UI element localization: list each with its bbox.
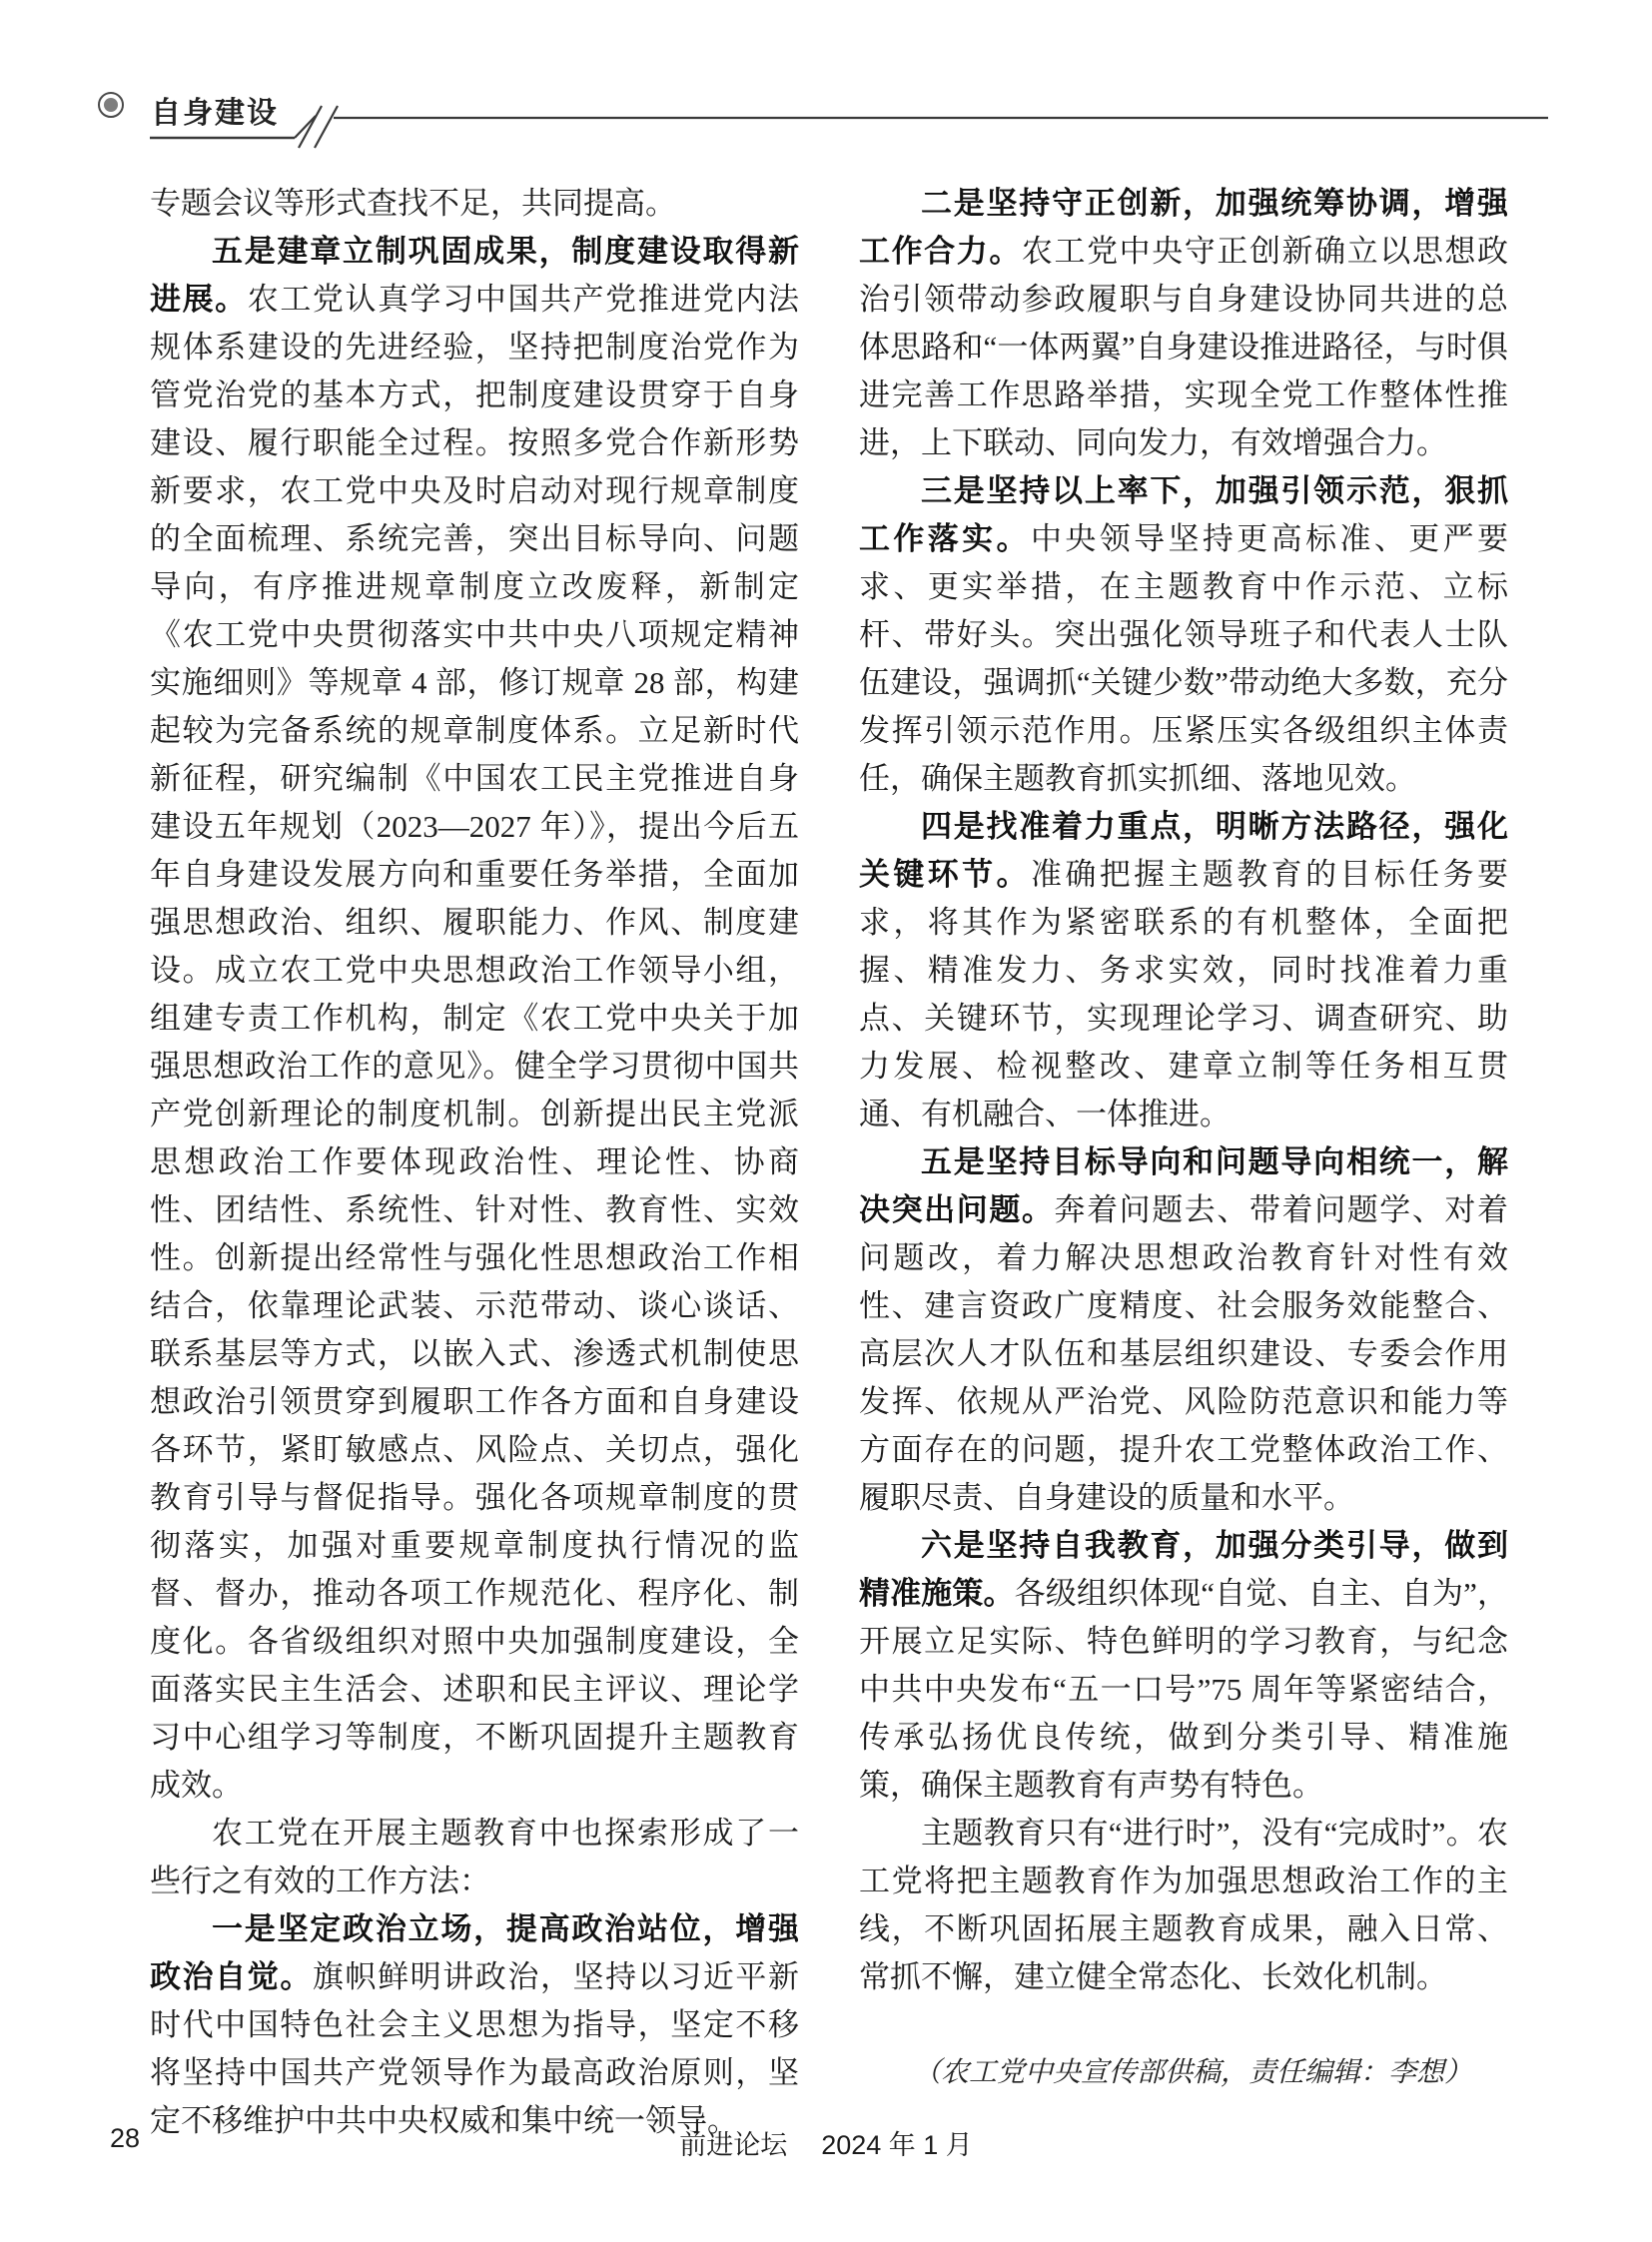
magazine-page: 自身建设 专题会议等形式查找不足，共同提高。五是建章立制巩固成果，制度建设取得新… — [0, 0, 1652, 2242]
paragraph-text: 中央领导坚持更高标准、更严要求、更实举措，在主题教育中作示范、立标杆、带好头。突… — [859, 521, 1508, 796]
paragraph-text: 农工党认真学习中国共产党推进党内法规体系建设的先进经验，坚持把制度治党作为管党治… — [150, 282, 799, 1803]
paragraph: 五是坚持目标导向和问题导向相统一，解决突出问题。奔着问题去、带着问题学、对着问题… — [859, 1138, 1508, 1522]
header-rule — [0, 0, 1652, 170]
paragraph: 五是建章立制巩固成果，制度建设取得新进展。农工党认真学习中国共产党推进党内法规体… — [150, 228, 799, 1810]
section-title: 自身建设 — [151, 88, 279, 132]
paragraph-text: 准确把握主题教育的目标任务要求，将其作为紧密联系的有机整体，全面把握、精准发力、… — [859, 857, 1508, 1131]
journal-footer: 前进论坛2024 年 1 月 — [0, 2123, 1652, 2162]
paragraph-text: 主题教育只有“进行时”，没有“完成时”。农工党将把主题教育作为加强思想政治工作的… — [859, 1816, 1508, 1994]
paragraph: 主题教育只有“进行时”，没有“完成时”。农工党将把主题教育作为加强思想政治工作的… — [859, 1810, 1508, 2001]
paragraph: 农工党在开展主题教育中也探索形成了一些行之有效的工作方法： — [150, 1810, 799, 1905]
issue-date: 2024 年 1 月 — [821, 2130, 973, 2160]
journal-name: 前进论坛 — [679, 2130, 787, 2160]
paragraph: 专题会议等形式查找不足，共同提高。 — [150, 180, 799, 228]
paragraph-text: 专题会议等形式查找不足，共同提高。 — [150, 186, 676, 221]
paragraph-text: 农工党在开展主题教育中也探索形成了一些行之有效的工作方法： — [150, 1816, 799, 1898]
right-column: 二是坚持守正创新，加强统筹协调，增强工作合力。农工党中央守正创新确立以思想政治引… — [859, 180, 1508, 2097]
bullet-dot — [104, 98, 118, 112]
paragraph: 二是坚持守正创新，加强统筹协调，增强工作合力。农工党中央守正创新确立以思想政治引… — [859, 180, 1508, 467]
paragraph: 四是找准着力重点，明晰方法路径，强化关键环节。准确把握主题教育的目标任务要求，将… — [859, 803, 1508, 1138]
left-column: 专题会议等形式查找不足，共同提高。五是建章立制巩固成果，制度建设取得新进展。农工… — [150, 180, 799, 2145]
attribution: （农工党中央宣传部供稿，责任编辑：李想） — [859, 2049, 1508, 2097]
page-footer: 28 前进论坛2024 年 1 月 — [0, 2119, 1652, 2169]
paragraph-text: 奔着问题去、带着问题学、对着问题改，着力解决思想政治教育针对性有效性、建言资政广… — [859, 1192, 1508, 1515]
paragraph: 一是坚定政治立场，提高政治站位，增强政治自觉。旗帜鲜明讲政治，坚持以习近平新时代… — [150, 1905, 799, 2145]
paragraph: 六是坚持自我教育，加强分类引导，做到精准施策。各级组织体现“自觉、自主、自为”，… — [859, 1522, 1508, 1810]
section-bullet-icon — [98, 92, 124, 118]
paragraph: 三是坚持以上率下，加强引领示范，狠抓工作落实。中央领导坚持更高标准、更严要求、更… — [859, 467, 1508, 803]
